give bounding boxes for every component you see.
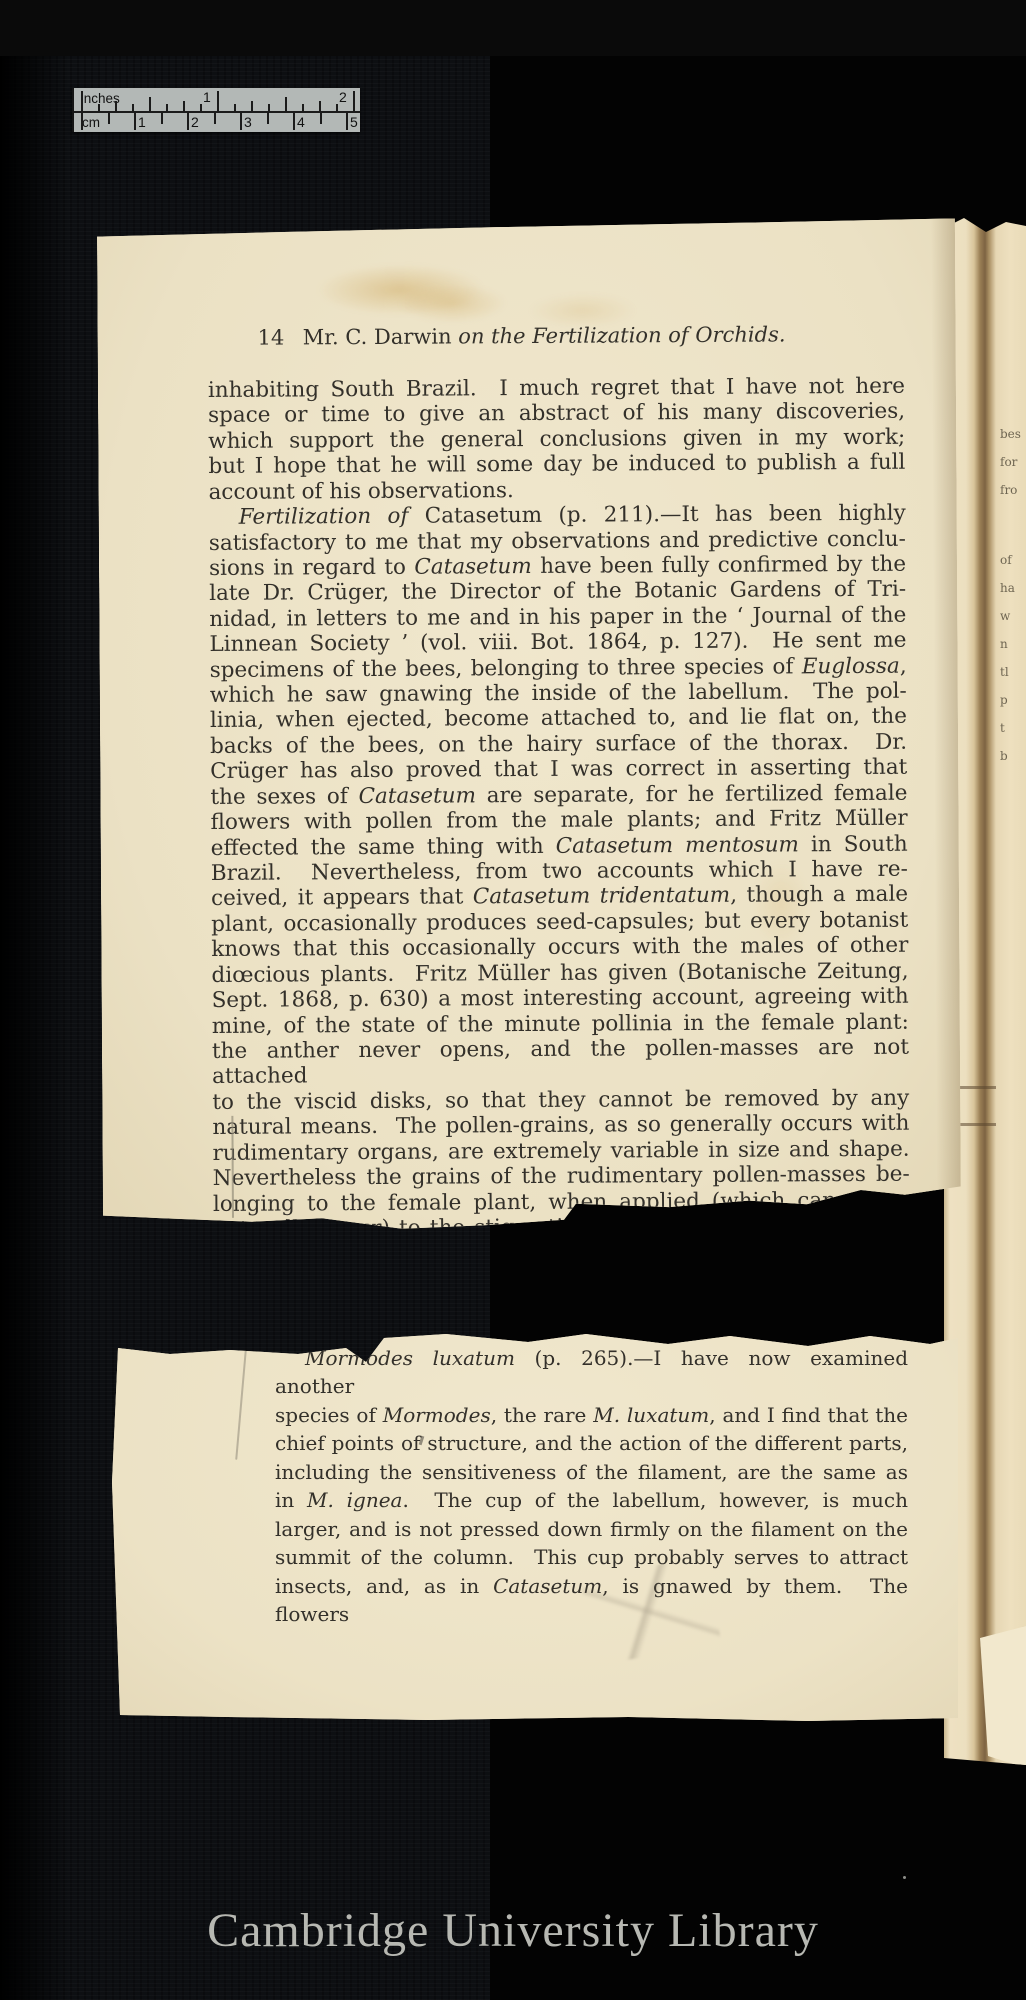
text-line: species of Mormodes, the rare M. luxatum… — [275, 1401, 908, 1429]
ruler-cm-label: cm — [82, 115, 100, 130]
fore-edge-letter: ha — [1000, 582, 1015, 594]
ruler-tick — [187, 113, 189, 130]
text-line: in M. ignea. The cup of the labellum, ho… — [275, 1486, 908, 1514]
ruler-tick — [108, 113, 110, 124]
fore-edge-folded-tab — [980, 1626, 1026, 1768]
ruler-tick — [161, 113, 163, 124]
ruler-tick — [267, 113, 269, 124]
text-line: summit of the column. This cup probably … — [275, 1543, 908, 1571]
dust-speck — [903, 1876, 906, 1879]
fore-edge-letter: n — [1000, 638, 1008, 650]
ruler-tick — [234, 104, 236, 111]
ruler-number: 2 — [191, 114, 199, 130]
ruler-number: 2 — [339, 89, 347, 105]
ruler-tick — [302, 104, 304, 111]
ruler-tick — [353, 91, 355, 111]
ruler-tick — [183, 101, 185, 111]
text-line: including the sensitiveness of the filam… — [275, 1458, 908, 1486]
background-top-band — [0, 0, 1026, 56]
fore-edge-letter: bes — [1000, 428, 1021, 440]
running-head-title: Mr. C. Darwin on the Fertilization of Or… — [208, 322, 881, 350]
book-page: 14 Mr. C. Darwin on the Fertilization of… — [97, 218, 961, 1235]
ruler-number: 3 — [244, 114, 252, 130]
fore-edge-letter: t — [1000, 722, 1005, 734]
page-number: 14 — [258, 325, 285, 349]
ruler: Inches cm 1212345 — [72, 88, 360, 132]
running-head: 14 Mr. C. Darwin on the Fertilization of… — [208, 322, 905, 356]
ruler-midline — [74, 111, 360, 113]
text-line: larger, and is not pressed down firmly o… — [275, 1515, 908, 1543]
ruler-tick — [98, 104, 100, 111]
ruler-tick — [166, 104, 168, 111]
pencil-smudge — [580, 1557, 721, 1664]
ruler-tick — [346, 113, 348, 130]
fore-edge-letter: for — [1000, 456, 1017, 468]
ruler-number: 5 — [350, 114, 358, 130]
photo-stage: Inches cm 1212345 besforfroofhawntlptb 1… — [0, 0, 1026, 2000]
fore-edge-letter: fro — [1000, 484, 1017, 496]
background-vignette — [0, 0, 70, 2000]
text-line: longing to the female plant, when applie… — [213, 1187, 910, 1217]
fore-edge-letter: b — [1000, 750, 1008, 762]
ruler-number: 1 — [203, 89, 211, 105]
pencil-mark — [235, 1350, 247, 1460]
ruler-number: 1 — [138, 114, 146, 130]
ruler-tick — [132, 104, 134, 111]
text-line: but I hope that he will some day be indu… — [208, 450, 905, 480]
ruler-number: 4 — [297, 114, 305, 130]
ruler-tick — [240, 113, 242, 130]
fore-edge-letter: of — [1000, 554, 1012, 566]
ruler-tick — [320, 113, 322, 124]
ruler-tick — [251, 101, 253, 111]
text-line: the anther never opens, and the pollen-m… — [212, 1035, 909, 1090]
ruler-tick — [319, 101, 321, 111]
ruler-tick — [214, 113, 216, 124]
ruler-tick — [285, 97, 287, 111]
fore-edge-letter: p — [1000, 694, 1008, 706]
ruler-tick — [293, 113, 295, 130]
page-text-block: inhabiting South Brazil. I much regret t… — [208, 374, 910, 1243]
fore-edge-letter: w — [1000, 610, 1010, 622]
library-watermark: Cambridge University Library — [0, 1903, 1026, 1958]
fore-edge-letter: tl — [1000, 666, 1009, 678]
ruler-tick — [115, 101, 117, 111]
running-head-italic: on the Fertilization of Orchids. — [458, 322, 785, 348]
book-page-slip: Mormodes luxatum (p. 265).—I have now ex… — [108, 1322, 958, 1722]
paper-stain — [397, 283, 507, 324]
ruler-tick — [200, 104, 202, 111]
ruler-tick — [217, 91, 219, 111]
ruler-tick — [134, 113, 136, 130]
text-line: chief points of structure, and the actio… — [275, 1429, 908, 1457]
running-head-roman: Mr. C. Darwin — [303, 324, 459, 349]
ruler-tick — [268, 104, 270, 111]
ruler-tick — [336, 104, 338, 111]
ruler-tick — [149, 97, 151, 111]
ruler-tick — [81, 91, 83, 111]
ruler-tick — [81, 113, 83, 130]
